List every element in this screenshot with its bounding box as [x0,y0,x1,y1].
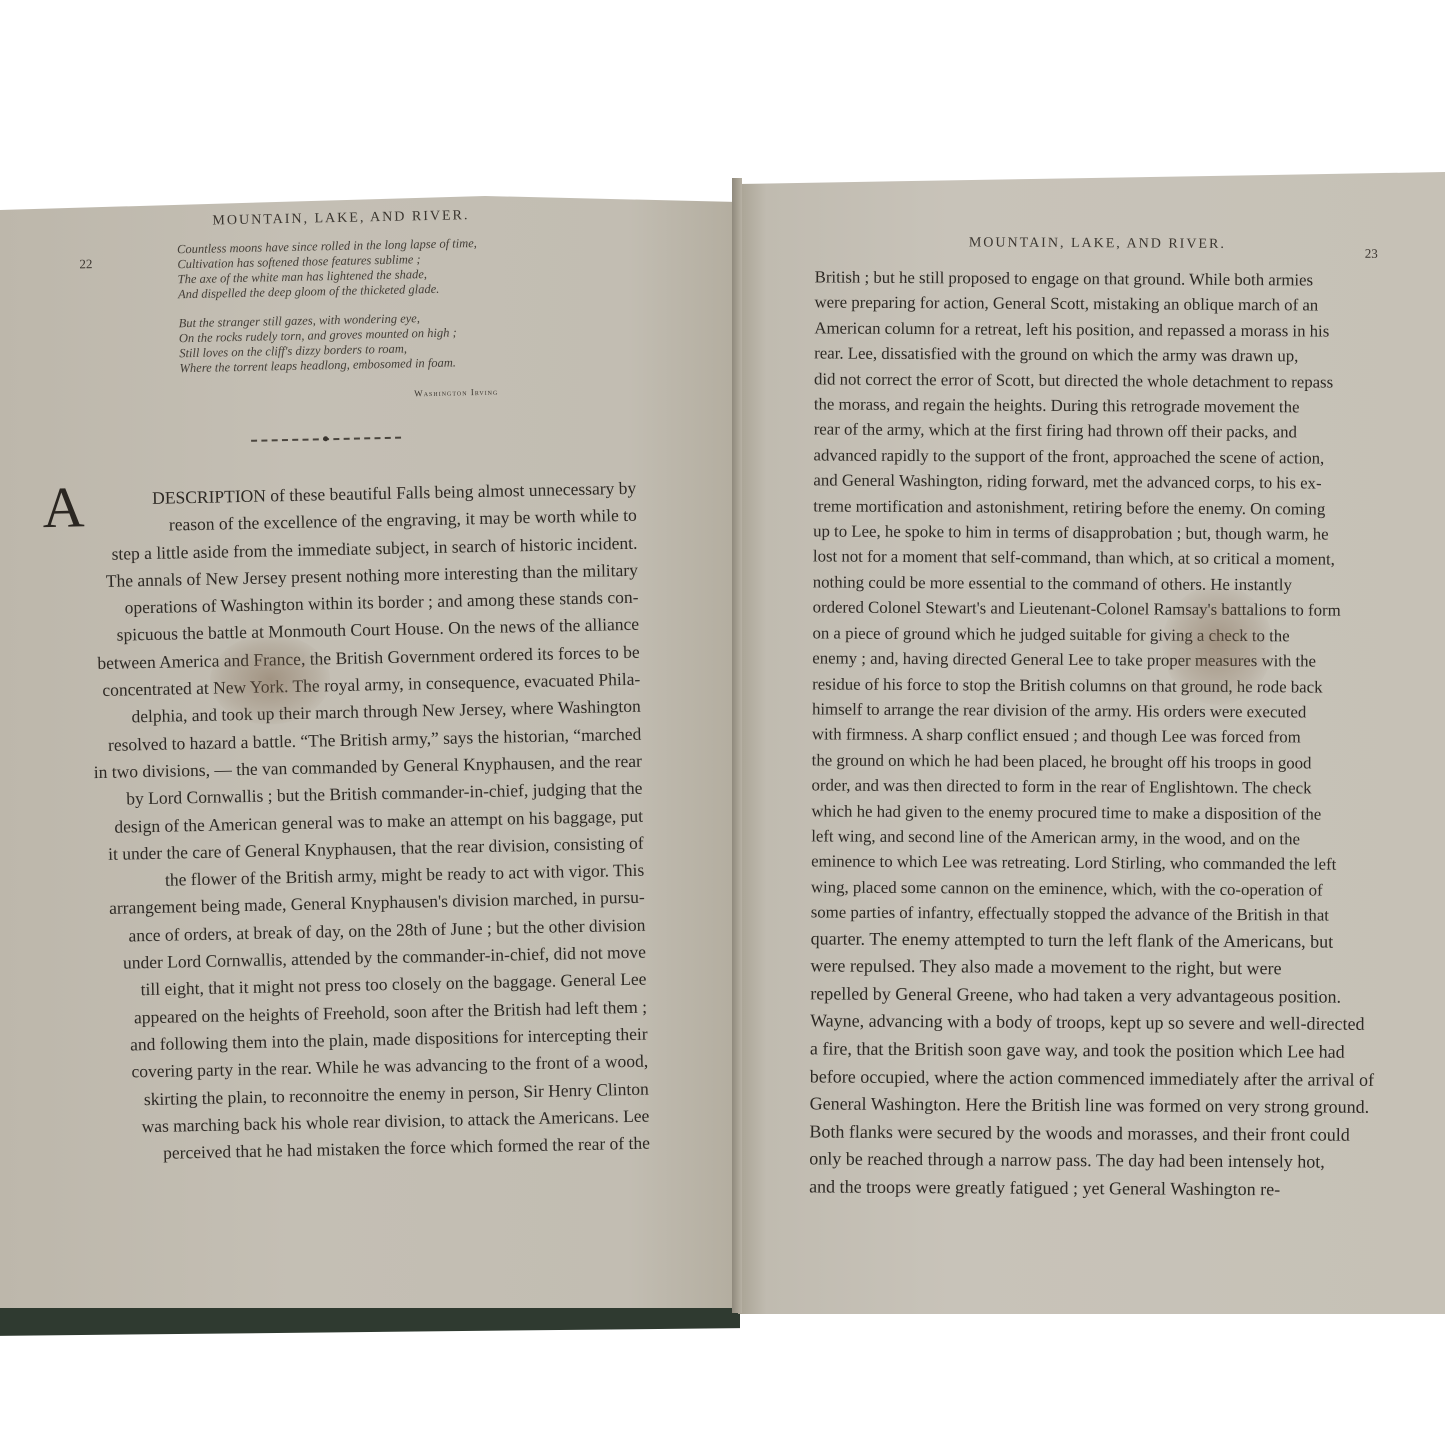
drop-cap: A [42,478,85,537]
text-line: which he had given to the enemy procured… [811,798,1445,827]
text-line: treme mortification and astonishment, re… [813,493,1445,522]
text-line: nothing could be more essential to the c… [813,569,1445,598]
text-line: advanced rapidly to the support of the f… [814,442,1445,471]
text-line: with firmness. A sharp conflict ensued ;… [812,722,1445,751]
open-book: 22 MOUNTAIN, LAKE, AND RIVER. Countless … [0,0,1445,1445]
text-line: the ground on which he had been placed, … [812,747,1445,776]
text-line: order, and was then directed to form in … [811,773,1445,802]
running-title-right: MOUNTAIN, LAKE, AND RIVER. [969,235,1226,253]
text-line: a fire, that the British soon gave way, … [810,1035,1445,1067]
foxing-stain [1162,585,1273,706]
text-line: Both flanks were secured by the woods an… [809,1118,1445,1150]
text-line: some parties of infantry, effectually st… [811,900,1445,929]
left-body-text: A DESCRIPTION of these beautiful Falls b… [6,475,650,1170]
epigraph-poem: Countless moons have since rolled in the… [177,236,480,390]
text-line: quarter. The enemy attempted to turn the… [811,925,1445,957]
running-title-left: MOUNTAIN, LAKE, AND RIVER. [212,208,469,229]
text-line: enemy ; and, having directed General Lee… [812,646,1445,675]
text-line: residue of his force to stop the British… [812,671,1445,700]
text-line: were preparing for action, General Scott… [814,290,1445,319]
poem-stanza-1: Countless moons have since rolled in the… [177,236,478,302]
text-line: American column for a retreat, left his … [814,315,1445,344]
page-number-left: 22 [79,256,92,272]
text-line: were repulsed. They also made a movement… [810,953,1445,985]
poem-attribution: Washington Irving [414,387,498,399]
text-line: up to Lee, he spoke to him in terms of d… [813,518,1445,547]
text-line: rear. Lee, dissatisfied with the ground … [814,341,1445,370]
text-line: rear of the army, which at the first fir… [814,417,1445,446]
text-line: only be reached through a narrow pass. T… [809,1146,1445,1178]
text-line: on a piece of ground which he judged sui… [812,620,1445,649]
text-line: General Washington. Here the British lin… [810,1091,1445,1123]
text-line: the morass, and regain the heights. Duri… [814,391,1445,420]
text-line: did not correct the error of Scott, but … [814,366,1445,395]
text-line: left wing, and second line of the Americ… [811,823,1445,852]
text-line: lost not for a moment that self-command,… [813,544,1445,573]
page-number-right: 23 [1365,246,1378,262]
text-line: Wayne, advancing with a body of troops, … [810,1008,1445,1040]
text-line: eminence to which Lee was retreating. Lo… [811,849,1445,878]
text-line: wing, placed some cannon on the eminence… [811,874,1445,903]
left-page-content: 22 MOUNTAIN, LAKE, AND RIVER. Countless … [0,187,661,1200]
text-line: British ; but he still proposed to engag… [815,264,1445,293]
text-line: and the troops were greatly fatigued ; y… [809,1173,1445,1205]
poem-stanza-2: But the stranger still gazes, with wonde… [178,310,479,376]
right-body-text: British ; but he still proposed to engag… [809,264,1445,1204]
ornamental-rule [251,437,401,442]
text-line: before occupied, where the action commen… [810,1063,1445,1095]
text-line: repelled by General Greene, who had take… [810,980,1445,1012]
right-page-content: MOUNTAIN, LAKE, AND RIVER. 23 British ; … [739,222,1445,1186]
text-line: ordered Colonel Stewart's and Lieutenant… [813,595,1445,624]
text-line: himself to arrange the rear division of … [812,696,1445,725]
text-line: and General Washington, riding forward, … [813,468,1445,497]
